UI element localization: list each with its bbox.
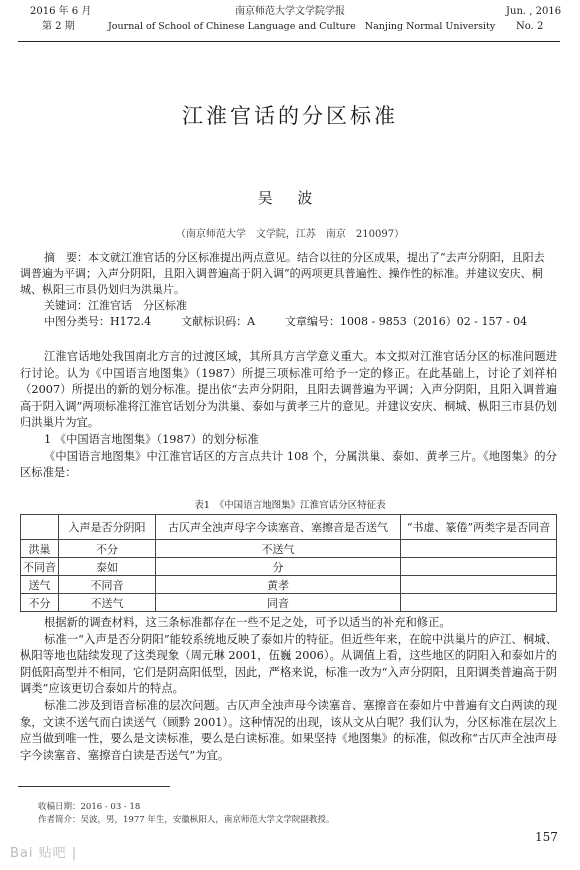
- table-cell: 洪巢: [21, 540, 59, 558]
- table-cell: 不送气: [156, 540, 401, 558]
- paragraph-standard-1: 标准一“入声是否分阴阳”能较系统地反映了泰如片的特征。但近些年来，在皖中洪巢片的…: [20, 632, 557, 698]
- abstract-text: 摘 要：本文就江淮官话的分区标准提出两点意见。结合以往的分区成果，提出了“去声分…: [20, 250, 554, 298]
- intro-section: 江淮官话地处我国南北方言的过渡区域，其所具方言学意义重大。本文拟对江淮官话分区的…: [20, 349, 557, 482]
- table-cell: [401, 594, 557, 612]
- header-number: No. 2: [516, 20, 543, 34]
- table-1: 入声是否分阴阳 古仄声全浊声母字今读塞音、塞擦音是否送气 “书虚、篆倦”两类字是…: [20, 514, 557, 612]
- paragraph-standard-2: 标准二涉及到语音标准的层次问题。古仄声全浊声母今读塞音、塞擦音在泰如片中普遍有文…: [20, 698, 557, 764]
- received-date: 收稿日期：2016 - 03 - 18: [38, 801, 334, 814]
- table-cell: [401, 540, 557, 558]
- table-header-cell: “书虚、篆倦”两类字是否同音: [401, 515, 557, 540]
- classification-number: 中图分类号：H172.4: [44, 315, 151, 328]
- table-cell: 泰如: [59, 558, 156, 576]
- table-header-cell: 古仄声全浊声母字今读塞音、塞擦音是否送气: [156, 515, 401, 540]
- table-cell: 同音: [156, 594, 401, 612]
- page-number: 157: [535, 830, 558, 844]
- author-affiliation: （南京师范大学 文学院，江苏 南京 210097）: [0, 225, 580, 240]
- footnotes: 收稿日期：2016 - 03 - 18 作者简介：吴波，男，1977 年生，安徽…: [38, 801, 334, 827]
- watermark-logo: Bai 贴吧 |: [10, 842, 77, 861]
- article-author: 吴 波: [0, 187, 580, 208]
- table-cell: [401, 576, 557, 594]
- table-header-row: 入声是否分阴阳 古仄声全浊声母字今读塞音、塞擦音是否送气 “书虚、篆倦”两类字是…: [21, 515, 557, 540]
- table-cell: 送气: [21, 576, 59, 594]
- article-number: 文章编号：1008 - 9853（2016）02 - 157 - 04: [285, 315, 527, 328]
- intro-paragraph: 江淮官话地处我国南北方言的过渡区域，其所具方言学意义重大。本文拟对江淮官话分区的…: [20, 349, 557, 432]
- journal-name-cn: 南京师范大学文学院学报: [0, 5, 580, 19]
- keywords: 关键词：江淮官话 分区标准: [20, 298, 554, 314]
- table-cell: [401, 558, 557, 576]
- discussion-section: 根据新的调查材料，这三条标准都存在一些不足之处，可予以适当的补充和修正。 标准一…: [20, 615, 557, 764]
- table-cell: 不同音: [59, 576, 156, 594]
- table-cell: 不分: [59, 540, 156, 558]
- classification-line: 中图分类号：H172.4文献标识码：A文章编号：1008 - 9853（2016…: [20, 314, 554, 330]
- journal-name-en: Journal of School of Chinese Language an…: [108, 20, 495, 34]
- footnote-rule: [18, 786, 170, 787]
- table-cell: 黄孝: [156, 576, 401, 594]
- article-title: 江淮官话的分区标准: [0, 100, 580, 130]
- table-cell: 分: [156, 558, 401, 576]
- header-rule: [18, 41, 560, 42]
- table-row: 送气 不同音 黄孝: [21, 576, 557, 594]
- section-1-heading: 1 《中国语言地图集》（1987）的划分标准: [20, 432, 557, 449]
- abstract-block: 摘 要：本文就江淮官话的分区标准提出两点意见。结合以往的分区成果，提出了“去声分…: [20, 250, 554, 330]
- table-header-cell: [21, 515, 59, 540]
- table-caption: 表1 《中国语言地图集》江淮官话分区特征表: [0, 497, 580, 511]
- table-cell: 不同音: [21, 558, 59, 576]
- author-bio: 作者简介：吴波，男，1977 年生，安徽枞阳人，南京师范大学文学院副教授。: [38, 814, 334, 827]
- table-cell: 不分: [21, 594, 59, 612]
- section-1-paragraph: 《中国语言地图集》中江淮官话区的方言点共计 108 个，分属洪巢、泰如、黄孝三片…: [20, 449, 557, 482]
- table-row: 洪巢 不分 不送气: [21, 540, 557, 558]
- header-issue: 第 2 期: [42, 20, 75, 34]
- document-code: 文献标识码：A: [181, 315, 255, 328]
- paragraph-after-table: 根据新的调查材料，这三条标准都存在一些不足之处，可予以适当的补充和修正。: [20, 615, 557, 632]
- table-cell: 不送气: [59, 594, 156, 612]
- table-row: 不分 不送气 同音: [21, 594, 557, 612]
- table-row: 不同音 泰如 分: [21, 558, 557, 576]
- header-month-year: Jun. , 2016: [506, 5, 561, 19]
- table-header-cell: 入声是否分阴阳: [59, 515, 156, 540]
